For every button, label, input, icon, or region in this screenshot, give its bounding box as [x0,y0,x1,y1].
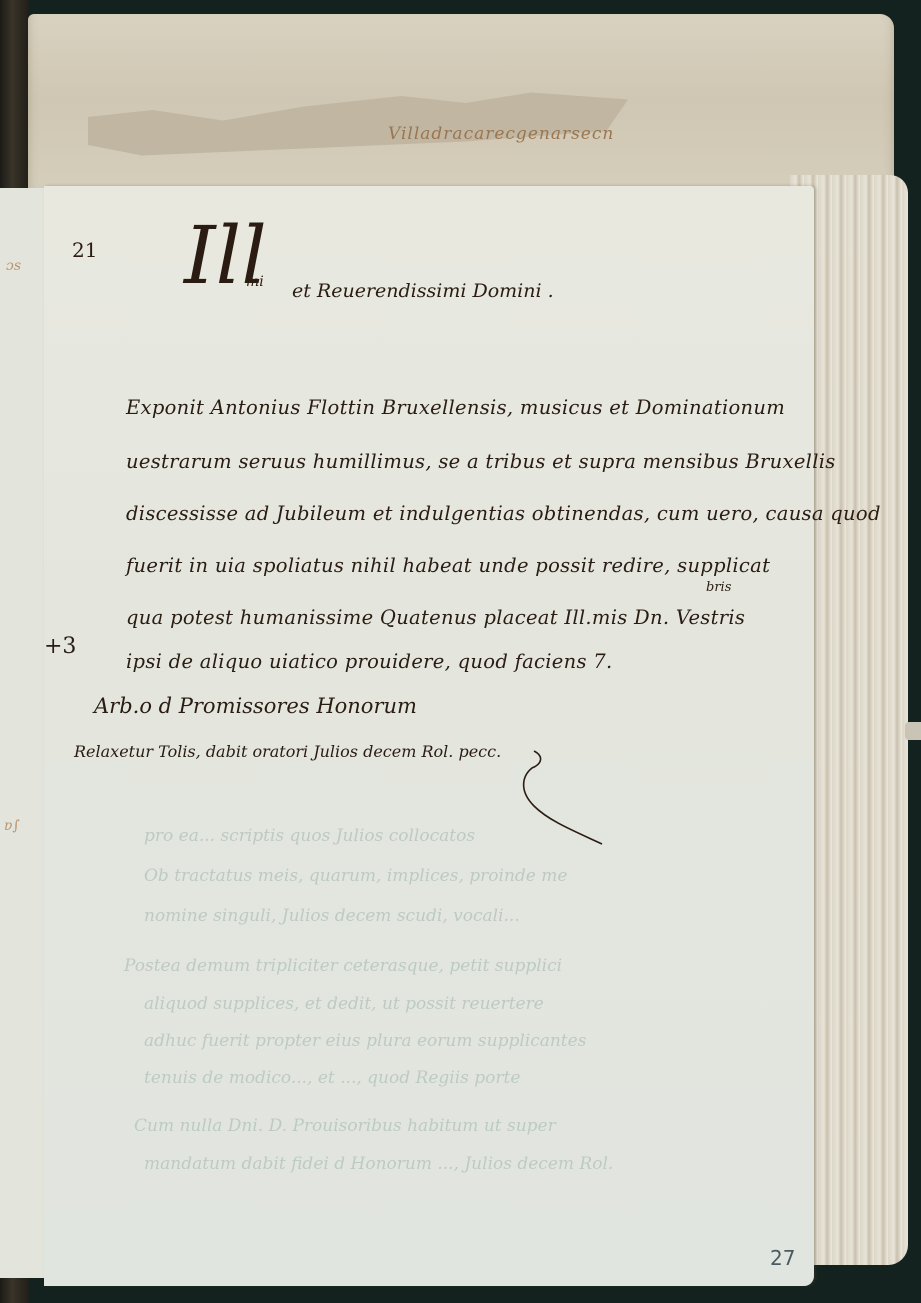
facing-page-edge: ɔs ɐ∫ [0,188,46,1278]
folder-wrapper: Villadracarecgenarsecn [28,14,894,204]
ink-stain: ɔs [6,258,21,274]
bleed-through-line: pro ea... scriptis quos Julios collocato… [144,826,475,846]
bleed-through-line: Ob tractatus meis, quarum, implices, pro… [144,866,567,886]
bleed-through-line: mandatum dabit fidei d Honorum ..., Juli… [144,1154,613,1174]
bleed-through-line: Postea demum tripliciter ceterasque, pet… [124,956,562,976]
bleed-through-line: adhuc fuerit propter eius plura eorum su… [144,1031,586,1051]
body-line-3: discessisse ad Jubileum et indulgentias … [126,502,881,525]
folio-number: 21 [72,238,97,262]
page-number-stamp: 27 [770,1246,795,1270]
superscript-bris: bris [706,580,731,595]
ink-stain: ɐ∫ [4,818,20,834]
body-line-5: qua potest humanissime Quatenus placeat … [126,606,745,629]
body-line-2: uestrarum seruus humillimus, se a tribus… [126,450,836,473]
body-line-6: ipsi de aliquo uiatico prouidere, quod f… [126,650,613,673]
signature-flourish-icon [514,746,604,846]
body-line-4: fuerit in uia spoliatus nihil habeat und… [126,554,770,577]
salutation-text: et Reuerendissimi Domini . [292,280,554,302]
bleed-through-line: tenuis de modico..., et ..., quod Regiis… [144,1068,520,1088]
salutation-superscript: mi [246,274,264,290]
body-line-1: Exponit Antonius Flottin Bruxellensis, m… [126,396,785,419]
decision-line-1: Arb.o d Promissores Honorum [94,694,417,718]
folder-inscription: Villadracarecgenarsecn [388,124,614,144]
bleed-through-line: aliquod supplices, et dedit, ut possit r… [144,994,544,1014]
string-tie [905,722,921,740]
bleed-through-line: nomine singuli, Julios decem scudi, voca… [144,906,520,926]
marginal-note: +3 [44,634,76,659]
bleed-through-line: Cum nulla Dni. D. Prouisoribus habitum u… [134,1116,556,1136]
manuscript-page: pro ea... scriptis quos Julios collocato… [44,186,814,1286]
decision-line-2: Relaxetur Tolis, dabit oratori Julios de… [74,742,501,761]
